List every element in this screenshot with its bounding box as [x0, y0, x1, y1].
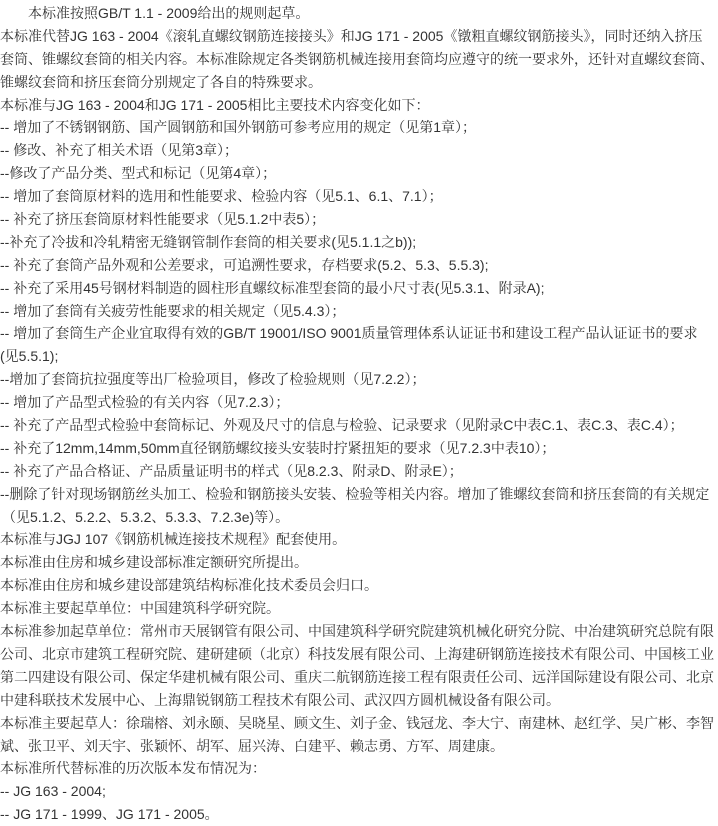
text-line: 套筒、锥螺纹套筒的相关内容。本标准除规定各类钢筋机械连接用套筒均应遵守的统一要求… — [0, 48, 718, 71]
text-line: -- 增加了套筒原材料的选用和性能要求、检验内容（见5.1、6.1、7.1）； — [0, 185, 718, 208]
text-line: 公司、北京市建筑工程研究院、建研建硕（北京）科技发展有限公司、上海建研钢筋连接技… — [0, 643, 718, 666]
text-line: --增加了套筒抗拉强度等出厂检验项目，修改了检验规则（见7.2.2）； — [0, 368, 718, 391]
text-line: -- 增加了不锈钢钢筋、国产圆钢筋和国外钢筋可参考应用的规定（见第1章）； — [0, 116, 718, 139]
text-line: -- 补充了产品型式检验中套筒标记、外观及尺寸的信息与检验、记录要求（见附录C中… — [0, 414, 718, 437]
text-line: --修改了产品分类、型式和标记（见第4章）； — [0, 162, 718, 185]
text-line: 本标准主要起草单位：中国建筑科学研究院。 — [0, 597, 718, 620]
text-line: -- 补充了产品合格证、产品质量证明书的样式（见8.2.3、附录D、附录E）； — [0, 460, 718, 483]
text-line: 第二四建设有限公司、保定华建机械有限公司、重庆二航钢筋连接工程有限责任公司、远洋… — [0, 666, 718, 689]
text-line: 本标准主要起草人：徐瑞榕、刘永颐、吴晓星、顾文生、刘子金、钱冠龙、李大宁、南建林… — [0, 712, 718, 735]
text-line: 斌、张卫平、刘天宇、张颖怀、胡军、屈兴涛、白建平、赖志勇、方军、周建康。 — [0, 735, 718, 758]
text-line: 本标准参加起草单位：常州市天展钢管有限公司、中国建筑科学研究院建筑机械化研究分院… — [0, 620, 718, 643]
document-page: 本标准按照GB/T 1.1 - 2009给出的规则起草。本标准代替JG 163 … — [0, 0, 718, 826]
text-line: -- 增加了套筒有关疲劳性能要求的相关规定（见5.4.3）； — [0, 300, 718, 323]
text-line: --删除了针对现场钢筋丝头加工、检验和钢筋接头安装、检验等相关内容。增加了锥螺纹… — [0, 483, 718, 506]
text-line: 本标准与JG 163 - 2004和JG 171 - 2005相比主要技术内容变… — [0, 94, 718, 117]
text-line: 本标准所代替标准的历次版本发布情况为： — [0, 757, 718, 780]
text-line: --补充了冷拔和冷轧精密无缝钢管制作套筒的相关要求(见5.1.1之b)); — [0, 231, 718, 254]
text-line: (见5.5.1); — [0, 345, 718, 368]
text-line: 本标准按照GB/T 1.1 - 2009给出的规则起草。 — [0, 2, 718, 25]
text-line: 本标准与JGJ 107《钢筋机械连接技术规程》配套使用。 — [0, 528, 718, 551]
text-line: 本标准由住房和城乡建设部标准定额研究所提出。 — [0, 551, 718, 574]
document-body: 本标准按照GB/T 1.1 - 2009给出的规则起草。本标准代替JG 163 … — [0, 2, 718, 826]
text-line: -- 补充了12mm,14mm,50mm直径钢筋螺纹接头安装时拧紧扭矩的要求（见… — [0, 437, 718, 460]
text-line: 本标准由住房和城乡建设部建筑结构标准化技术委员会归口。 — [0, 574, 718, 597]
text-line: -- 修改、补充了相关术语（见第3章）； — [0, 139, 718, 162]
text-line: 锥螺纹套筒和挤压套筒分别规定了各自的特殊要求。 — [0, 71, 718, 94]
text-line: -- JG 171 - 1999、JG 171 - 2005。 — [0, 803, 718, 826]
text-line: -- 补充了套筒产品外观和公差要求，可追溯性要求，存档要求(5.2、5.3、5.… — [0, 254, 718, 277]
text-line: 本标准代替JG 163 - 2004《滚轧直螺纹钢筋连接接头》和JG 171 -… — [0, 25, 718, 48]
text-line: -- 增加了产品型式检验的有关内容（见7.2.3）； — [0, 391, 718, 414]
text-line: -- 补充了采用45号钢材料制造的圆柱形直螺纹标准型套筒的最小尺寸表(见5.3.… — [0, 277, 718, 300]
text-line: 中建科联技术发展中心、上海鼎锐钢筋工程技术有限公司、武汉四方圆机械设备有限公司。 — [0, 689, 718, 712]
text-line: -- 增加了套筒生产企业宜取得有效的GB/T 19001/ISO 9001质量管… — [0, 322, 718, 345]
text-line: -- JG 163 - 2004; — [0, 780, 718, 803]
text-line: （见5.1.2、5.2.2、5.3.2、5.3.3、7.2.3e)等）。 — [0, 506, 718, 529]
text-line: -- 补充了挤压套筒原材料性能要求（见5.1.2中表5）； — [0, 208, 718, 231]
